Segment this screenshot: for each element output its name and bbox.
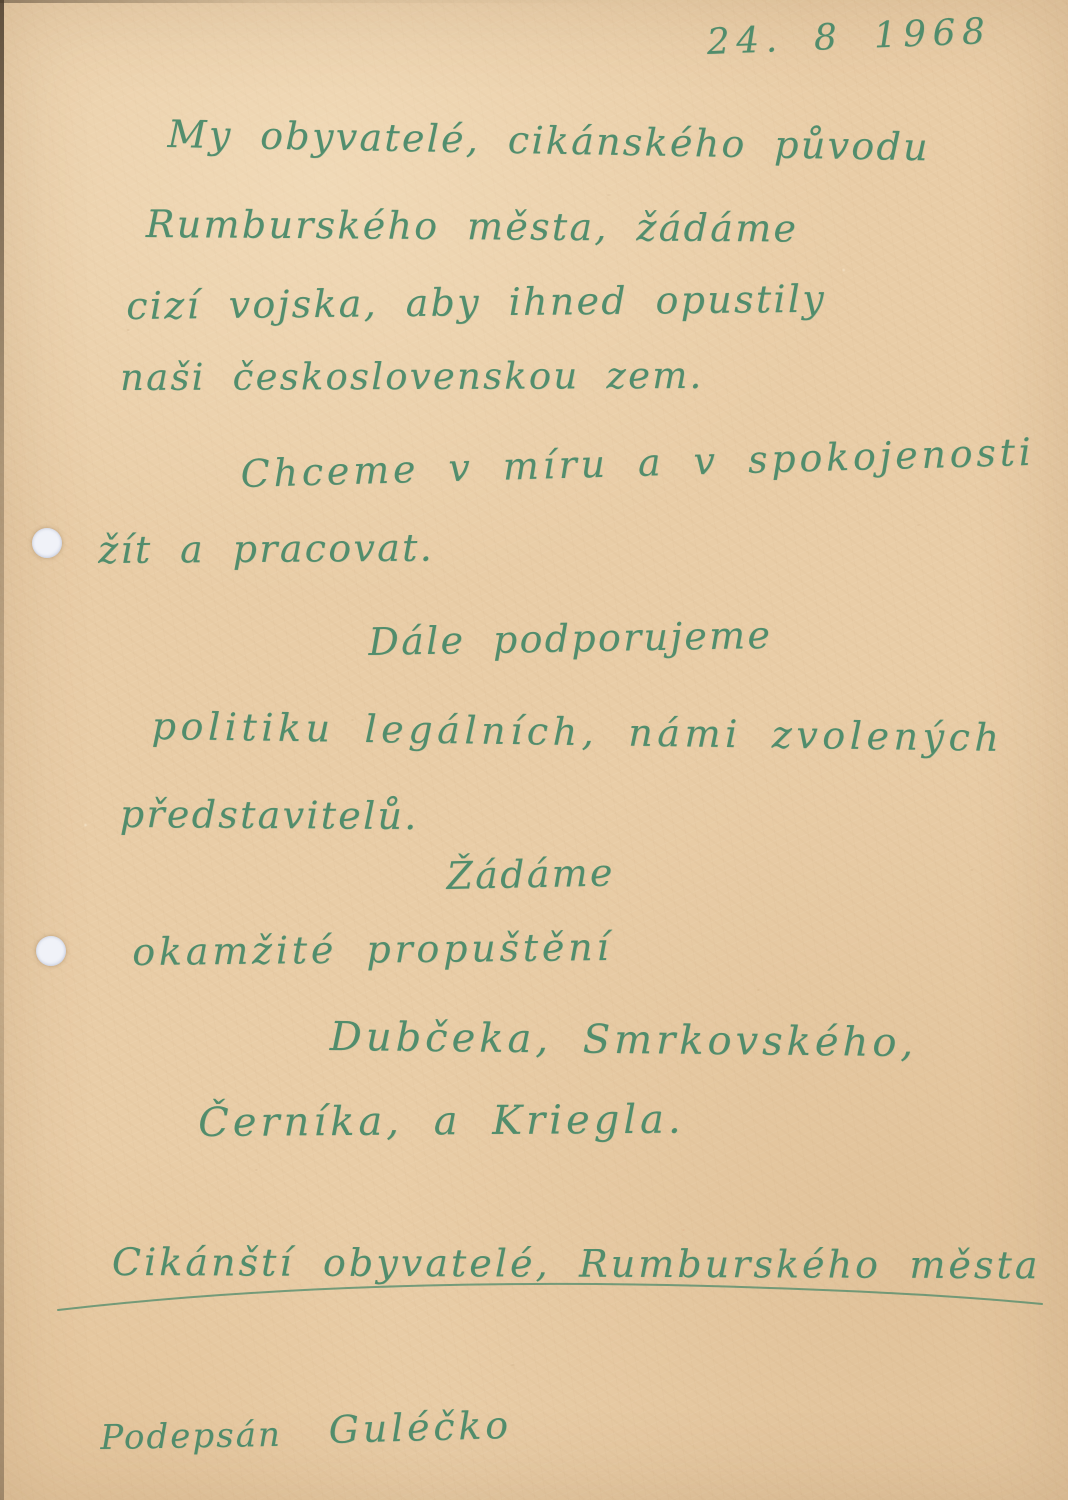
handwritten-line: politiku legálních, námi zvolených [151, 704, 1003, 760]
handwritten-line: My obyvatelé, cikánského původu [167, 112, 930, 169]
handwritten-line-underlined: Cikánští obyvatelé, Rumburského města [112, 1240, 1041, 1287]
punch-hole-icon [36, 936, 66, 966]
signature-label: Podepsán [100, 1415, 282, 1458]
paper-edge-top [0, 0, 1068, 3]
handwritten-line: žít a pracovat. [98, 526, 434, 572]
handwritten-line: cizí vojska, aby ihned opustily [126, 277, 826, 328]
handwritten-line: Žádáme [446, 850, 615, 898]
paper-edge-left [0, 0, 4, 1500]
handwritten-line: představitelů. [120, 792, 419, 838]
handwritten-line: Dále podporujeme [368, 613, 773, 664]
punch-hole-icon [32, 528, 62, 558]
signature-name: Guléčko [328, 1403, 512, 1452]
handwritten-line: naši československou zem. [120, 354, 704, 399]
handwritten-line: Dubčeka, Smrkovského, [330, 1014, 918, 1066]
handwritten-line: okamžité propuštění [132, 925, 613, 974]
handwritten-line: Chceme v míru a v spokojenosti [240, 430, 1035, 496]
letter-page: 24. 8 1968 My obyvatelé, cikánského půvo… [0, 0, 1068, 1500]
handwritten-line: Rumburského města, žádáme [146, 202, 799, 251]
date: 24. 8 1968 [706, 11, 992, 63]
handwritten-line: Černíka, a Kriegla. [198, 1097, 685, 1146]
